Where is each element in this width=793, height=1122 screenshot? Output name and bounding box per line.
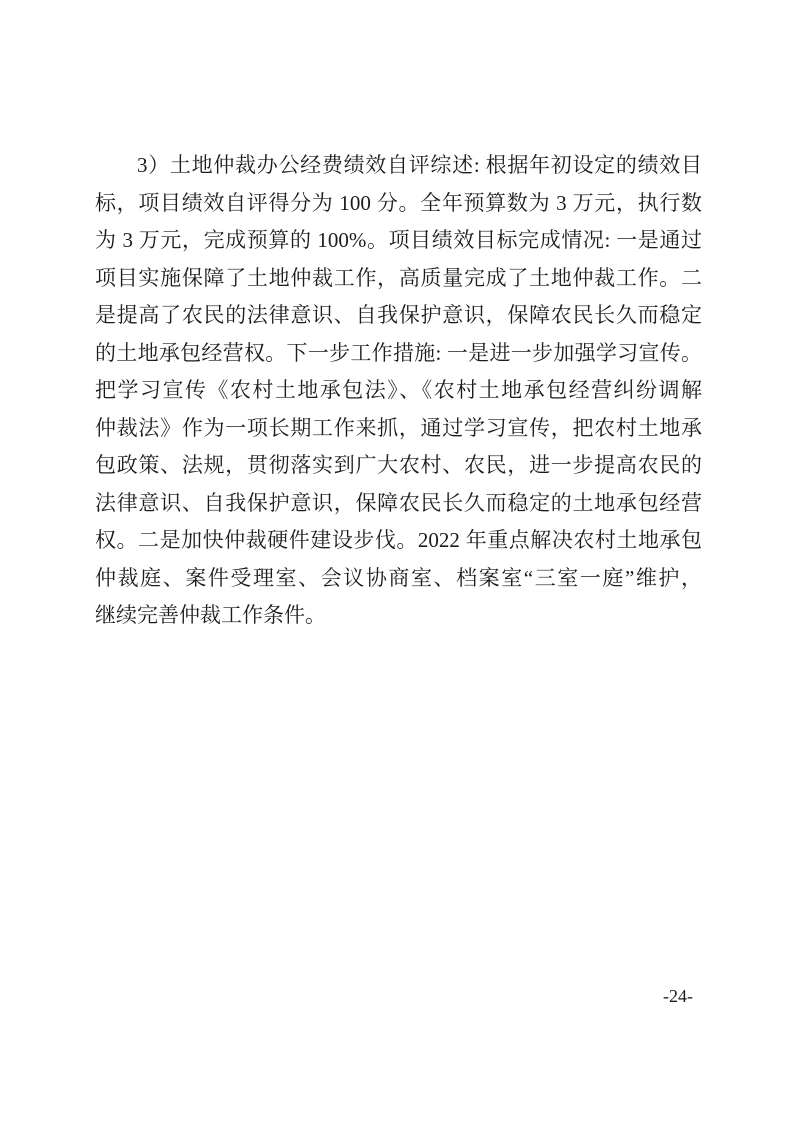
page-number: -24-: [663, 984, 693, 1008]
paragraph-line: 继续完善仲裁工作条件。: [95, 597, 702, 635]
paragraph-line: 仲裁法》作为一项长期工作来抓，通过学习宣传，把农村土地承: [95, 410, 702, 448]
paragraph-line: 权。二是加快仲裁硬件建设步伐。2022 年重点解决农村土地承包: [95, 522, 702, 560]
paragraph-line: 3）土地仲裁办公经费绩效自评综述: 根据年初设定的绩效目: [95, 147, 702, 185]
paragraph-line: 项目实施保障了土地仲裁工作，高质量完成了土地仲裁工作。二: [95, 260, 702, 298]
paragraph-line: 标，项目绩效自评得分为 100 分。全年预算数为 3 万元，执行数: [95, 185, 702, 223]
paragraph-line: 仲裁庭、案件受理室、会议协商室、档案室“三室一庭”维护，: [95, 560, 702, 598]
paragraph-line: 把学习宣传《农村土地承包法》、《农村土地承包经营纠纷调解: [95, 372, 702, 410]
paragraph-line: 包政策、法规，贯彻落实到广大农村、农民，进一步提高农民的: [95, 447, 702, 485]
paragraph-line: 为 3 万元，完成预算的 100%。项目绩效目标完成情况: 一是通过: [95, 222, 702, 260]
body-paragraph: 3）土地仲裁办公经费绩效自评综述: 根据年初设定的绩效目 标，项目绩效自评得分为…: [95, 147, 702, 635]
document-page: 3）土地仲裁办公经费绩效自评综述: 根据年初设定的绩效目 标，项目绩效自评得分为…: [0, 0, 793, 1122]
paragraph-line: 是提高了农民的法律意识、自我保护意识，保障农民长久而稳定: [95, 297, 702, 335]
paragraph-line: 的土地承包经营权。下一步工作措施: 一是进一步加强学习宣传。: [95, 335, 702, 373]
paragraph-line: 法律意识、自我保护意识，保障农民长久而稳定的土地承包经营: [95, 485, 702, 523]
